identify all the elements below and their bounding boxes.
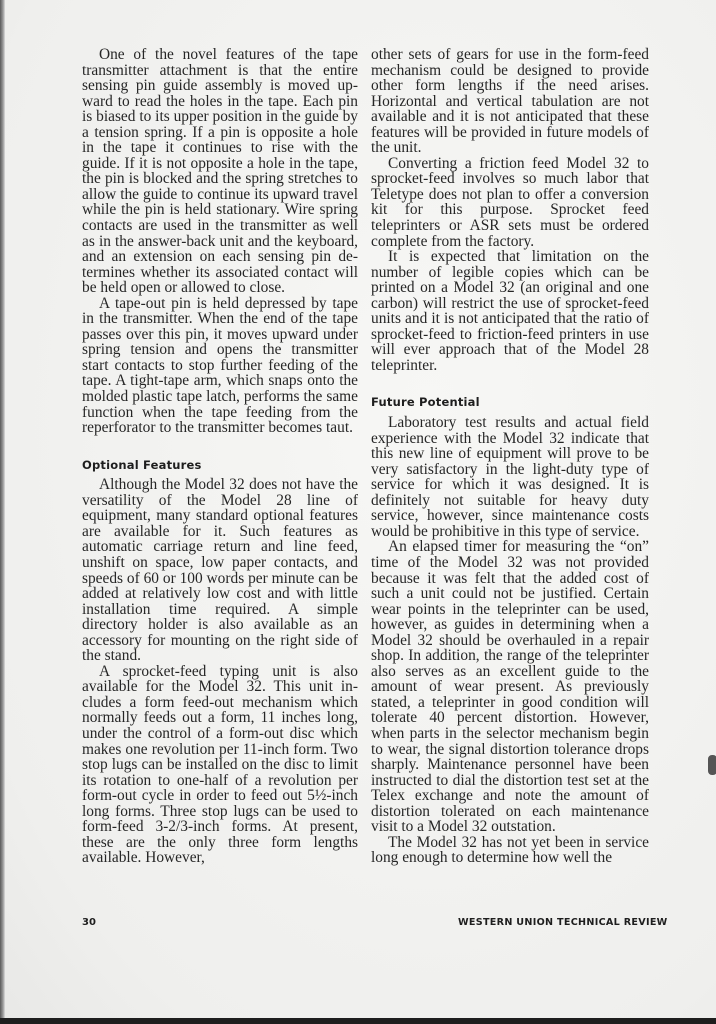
- paragraph-optional-features: Although the Model 32 does not have the …: [82, 477, 358, 664]
- paragraph-elapsed-timer: An elapsed timer for measuring the “on” …: [371, 539, 649, 834]
- scan-bottom-edge: [0, 1018, 716, 1024]
- paragraph-legible-copies: It is expected that limitation on the nu…: [371, 249, 649, 373]
- paragraph-sprocket-feed: A sprocket-feed typing unit is also avai…: [82, 664, 358, 866]
- paragraph-tape-transmitter: One of the novel features of the tape tr…: [82, 47, 358, 296]
- paragraph-lab-results: Laboratory test results and actual field…: [371, 415, 649, 539]
- paragraph-conversion: Converting a friction feed Model 32 to s…: [371, 156, 649, 249]
- page-number: 30: [82, 917, 96, 928]
- paragraph-tape-out-pin: A tape-out pin is held depressed by tape…: [82, 296, 358, 436]
- page-binding-edge: [0, 0, 5, 1024]
- scanned-page: One of the novel features of the tape tr…: [0, 0, 716, 1024]
- paragraph-continuation: other sets of gears for use in the form-…: [371, 47, 649, 156]
- left-column: One of the novel features of the tape tr…: [82, 47, 358, 866]
- scan-smudge: [708, 755, 716, 775]
- section-heading-optional-features: Optional Features: [82, 458, 358, 474]
- journal-footer: WESTERN UNION TECHNICAL REVIEW: [458, 917, 668, 928]
- paragraph-service-time: The Model 32 has not yet been in serv­ic…: [371, 835, 649, 866]
- right-column: other sets of gears for use in the form-…: [371, 47, 649, 866]
- section-heading-future-potential: Future Potential: [371, 395, 649, 411]
